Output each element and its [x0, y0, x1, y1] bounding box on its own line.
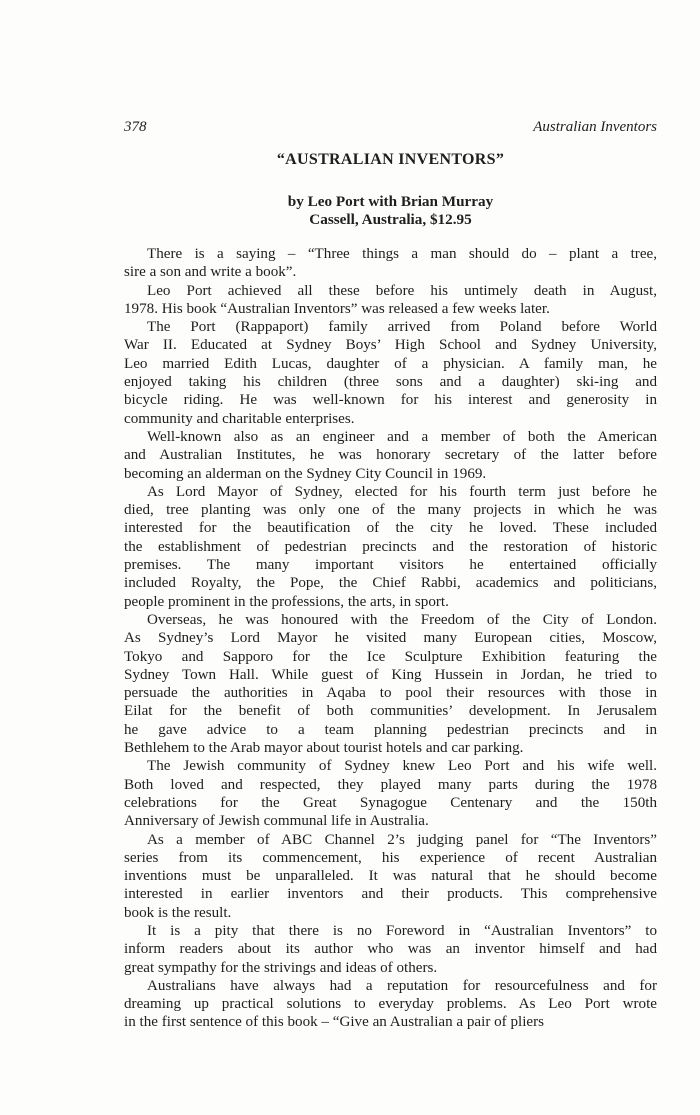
text-line: War II. Educated at Sydney Boys’ High Sc…	[124, 336, 657, 354]
text-line: enjoyed taking his children (three sons …	[124, 373, 657, 391]
text-line: community and charitable enterprises.	[124, 410, 657, 428]
paragraph: There is a saying – “Three things a man …	[124, 245, 657, 282]
text-line: As a member of ABC Channel 2’s judging p…	[124, 831, 657, 849]
paragraph: As a member of ABC Channel 2’s judging p…	[124, 831, 657, 922]
text-line: Eilat for the benefit of both communitie…	[124, 702, 657, 720]
text-line: and Australian Institutes, he was honora…	[124, 446, 657, 464]
text-line: Well-known also as an engineer and a mem…	[124, 428, 657, 446]
text-line: Leo married Edith Lucas, daughter of a p…	[124, 355, 657, 373]
paragraph: The Jewish community of Sydney knew Leo …	[124, 757, 657, 830]
page-number: 378	[124, 118, 147, 136]
byline: by Leo Port with Brian Murray Cassell, A…	[124, 193, 657, 228]
text-line: interested in earlier inventors and thei…	[124, 885, 657, 903]
text-line: There is a saying – “Three things a man …	[124, 245, 657, 263]
text-line: bicycle riding. He was well-known for hi…	[124, 391, 657, 409]
text-line: in the first sentence of this book – “Gi…	[124, 1013, 657, 1031]
text-line: Bethlehem to the Arab mayor about touris…	[124, 739, 657, 757]
text-line: The Port (Rappaport) family arrived from…	[124, 318, 657, 336]
document-page: 378 Australian Inventors “AUSTRALIAN INV…	[0, 0, 700, 1115]
paragraph: Australians have always had a reputation…	[124, 977, 657, 1032]
text-line: The Jewish community of Sydney knew Leo …	[124, 757, 657, 775]
byline-publisher-price: Cassell, Australia, $12.95	[124, 211, 657, 229]
text-line: series from its commencement, his experi…	[124, 849, 657, 867]
text-line: book is the result.	[124, 904, 657, 922]
book-title: “AUSTRALIAN INVENTORS”	[124, 151, 657, 169]
text-line: inform readers about its author who was …	[124, 940, 657, 958]
text-line: included Royalty, the Pope, the Chief Ra…	[124, 574, 657, 592]
text-line: As Sydney’s Lord Mayor he visited many E…	[124, 629, 657, 647]
paragraph: Well-known also as an engineer and a mem…	[124, 428, 657, 483]
text-line: premises. The many important visitors he…	[124, 556, 657, 574]
paragraph: The Port (Rappaport) family arrived from…	[124, 318, 657, 428]
running-header: 378 Australian Inventors	[124, 118, 657, 136]
text-line: sire a son and write a book”.	[124, 263, 657, 281]
paragraph: Overseas, he was honoured with the Freed…	[124, 611, 657, 757]
paragraph: It is a pity that there is no Foreword i…	[124, 922, 657, 977]
text-line: Australians have always had a reputation…	[124, 977, 657, 995]
paragraph: As Lord Mayor of Sydney, elected for his…	[124, 483, 657, 611]
text-line: It is a pity that there is no Foreword i…	[124, 922, 657, 940]
text-line: Overseas, he was honoured with the Freed…	[124, 611, 657, 629]
text-line: he gave advice to a team planning pedest…	[124, 721, 657, 739]
text-line: inventions must be unparalleled. It was …	[124, 867, 657, 885]
text-line: Leo Port achieved all these before his u…	[124, 282, 657, 300]
page-content: 378 Australian Inventors “AUSTRALIAN INV…	[124, 118, 657, 1032]
text-line: As Lord Mayor of Sydney, elected for his…	[124, 483, 657, 501]
text-line: great sympathy for the strivings and ide…	[124, 959, 657, 977]
text-line: 1978. His book “Australian Inventors” wa…	[124, 300, 657, 318]
text-line: dreaming up practical solutions to every…	[124, 995, 657, 1013]
text-line: people prominent in the professions, the…	[124, 593, 657, 611]
byline-author: by Leo Port with Brian Murray	[124, 193, 657, 211]
running-title: Australian Inventors	[533, 118, 657, 136]
text-line: Sydney Town Hall. While guest of King Hu…	[124, 666, 657, 684]
text-line: persuade the authorities in Aqaba to poo…	[124, 684, 657, 702]
text-line: celebrations for the Great Synagogue Cen…	[124, 794, 657, 812]
paragraph: Leo Port achieved all these before his u…	[124, 282, 657, 319]
text-line: Tokyo and Sapporo for the Ice Sculpture …	[124, 648, 657, 666]
text-line: died, tree planting was only one of the …	[124, 501, 657, 519]
text-line: Anniversary of Jewish communal life in A…	[124, 812, 657, 830]
review-body: There is a saying – “Three things a man …	[124, 245, 657, 1032]
text-line: becoming an alderman on the Sydney City …	[124, 465, 657, 483]
text-line: the establishment of pedestrian precinct…	[124, 538, 657, 556]
text-line: interested for the beautification of the…	[124, 519, 657, 537]
text-line: Both loved and respected, they played ma…	[124, 776, 657, 794]
